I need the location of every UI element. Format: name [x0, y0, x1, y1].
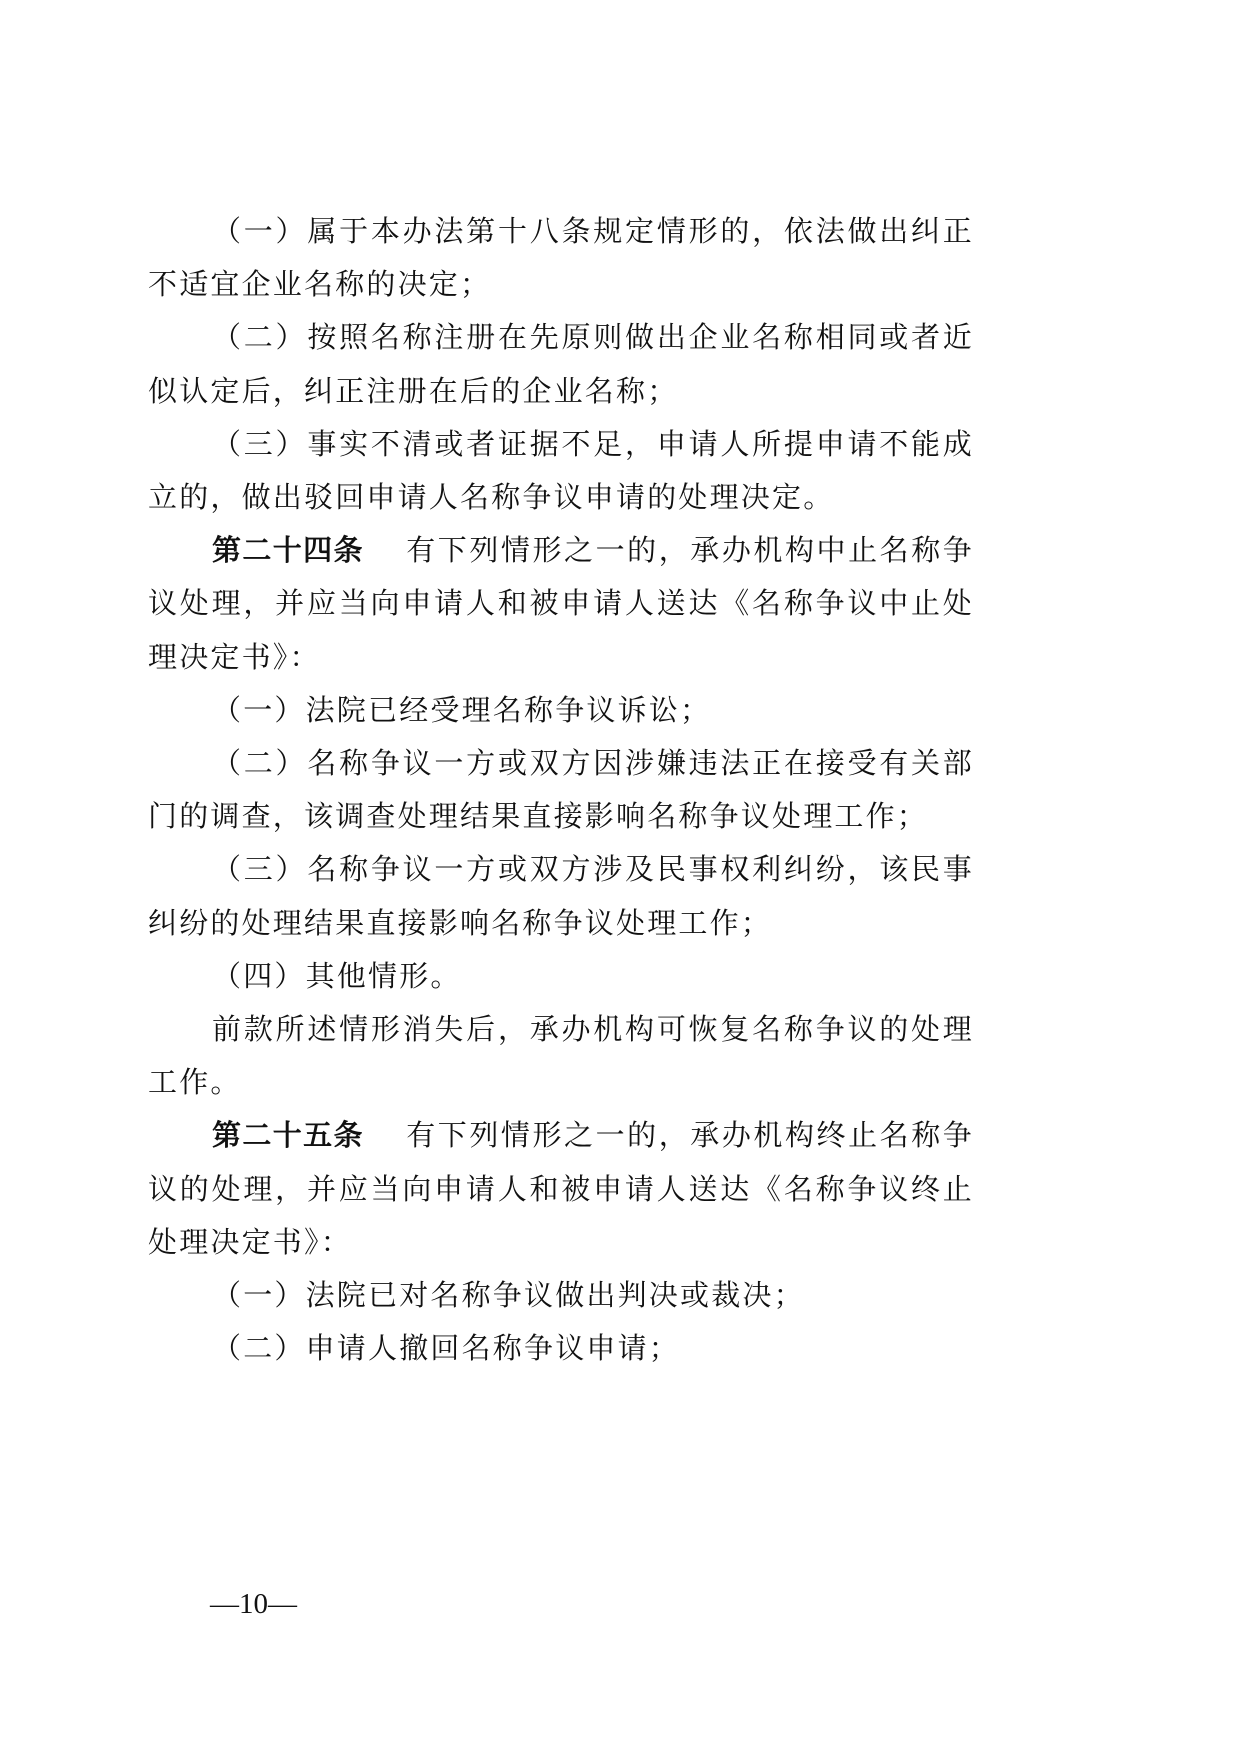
document-page: （一）属于本办法第十八条规定情形的，依法做出纠正不适宜企业名称的决定； （二）按… — [148, 205, 974, 1375]
paragraph-item-8: （四）其他情形。 — [148, 950, 974, 1003]
paragraph-item-3: （三）事实不清或者证据不足，申请人所提申请不能成立的，做出驳回申请人名称争议申请… — [148, 418, 974, 524]
paragraph-item-2: （二）按照名称注册在先原则做出企业名称相同或者近似认定后，纠正注册在后的企业名称… — [148, 311, 974, 417]
article-24: 第二十四条有下列情形之一的，承办机构中止名称争议处理，并应当向申请人和被申请人送… — [148, 524, 974, 684]
article-number: 第二十四条 — [212, 533, 364, 567]
paragraph-item-7: （三）名称争议一方或双方涉及民事权利纠纷，该民事纠纷的处理结果直接影响名称争议处… — [148, 843, 974, 949]
paragraph-item-5: （一）法院已经受理名称争议诉讼； — [148, 684, 974, 737]
article-25: 第二十五条有下列情形之一的，承办机构终止名称争议的处理，并应当向申请人和被申请人… — [148, 1109, 974, 1269]
paragraph-item-12: （二）申请人撤回名称争议申请； — [148, 1322, 974, 1375]
paragraph-item-11: （一）法院已对名称争议做出判决或裁决； — [148, 1269, 974, 1322]
article-number: 第二十五条 — [212, 1118, 364, 1152]
page-number: —10— — [210, 1588, 297, 1621]
paragraph-item-1: （一）属于本办法第十八条规定情形的，依法做出纠正不适宜企业名称的决定； — [148, 205, 974, 311]
paragraph-item-6: （二）名称争议一方或双方因涉嫌违法正在接受有关部门的调查，该调查处理结果直接影响… — [148, 737, 974, 843]
paragraph-item-9: 前款所述情形消失后，承办机构可恢复名称争议的处理工作。 — [148, 1003, 974, 1109]
